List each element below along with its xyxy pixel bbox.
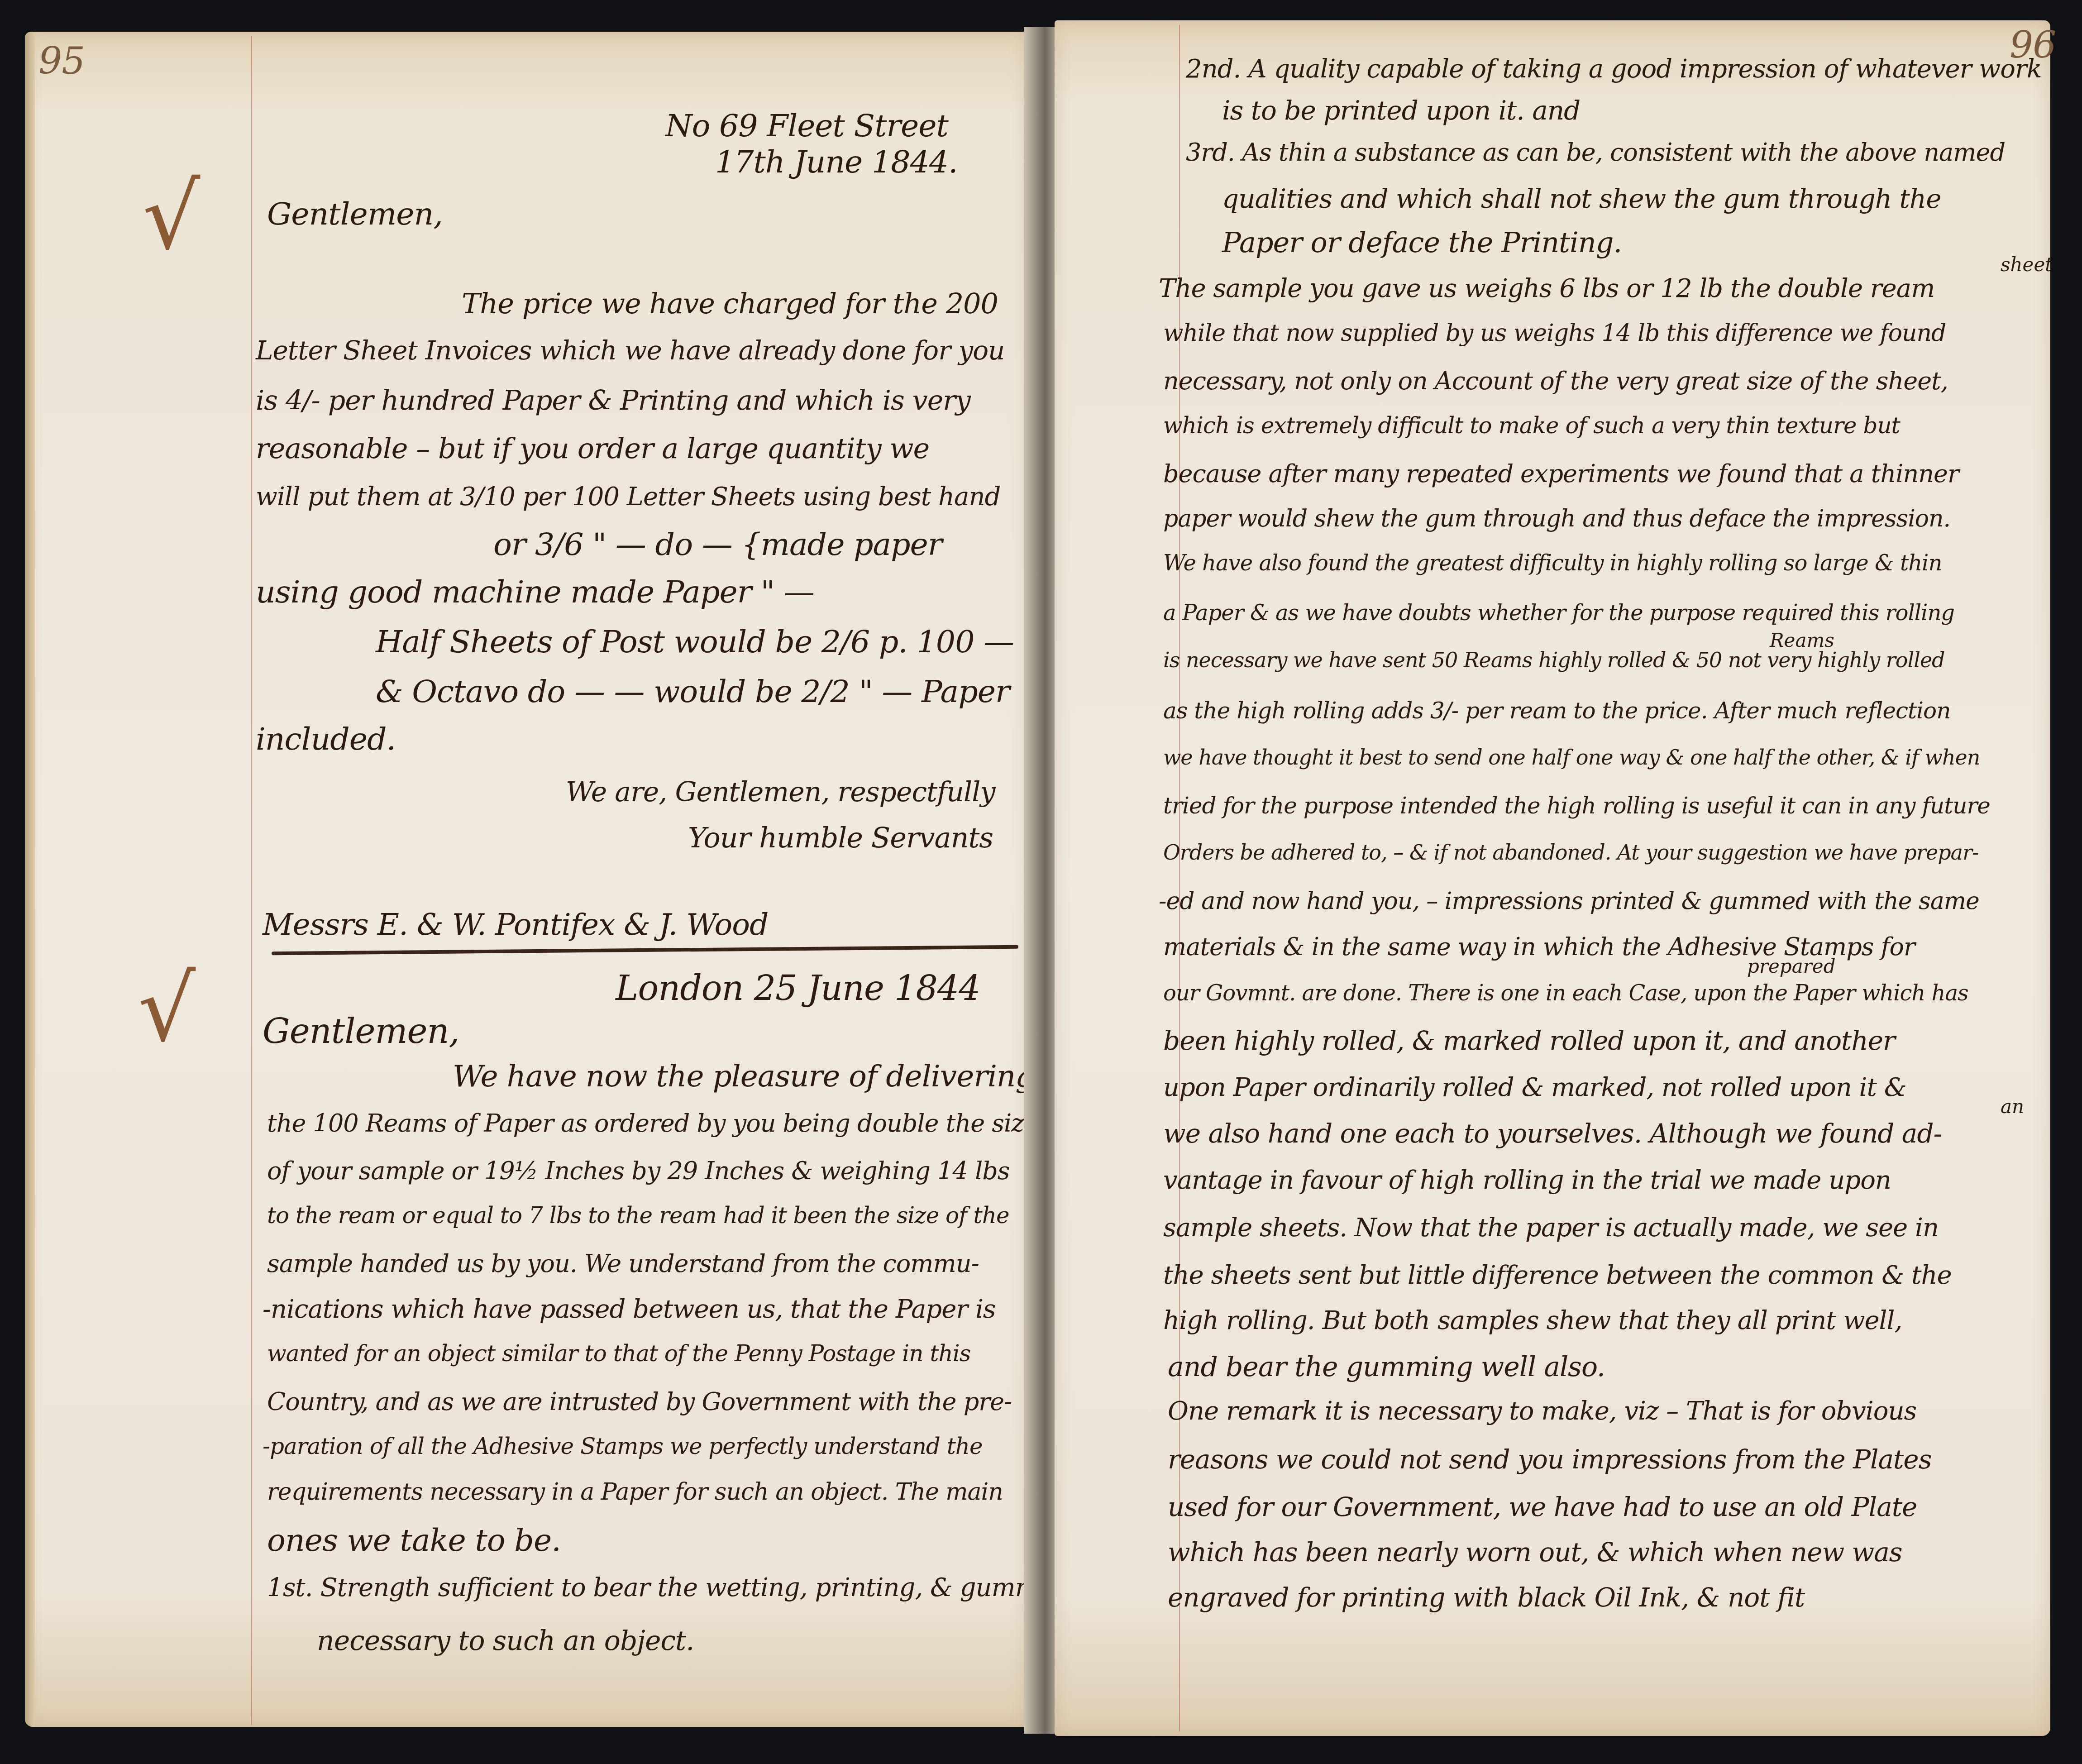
letter-1-address: No 69 Fleet Street bbox=[665, 111, 948, 142]
right-page-line: necessary, not only on Account of the ve… bbox=[1163, 369, 1948, 393]
right-page-line: sample sheets. Now that the paper is act… bbox=[1163, 1215, 1939, 1241]
letter-2-line: of your sample or 19½ Inches by 29 Inche… bbox=[267, 1159, 1010, 1183]
right-page-line: 3rd. As thin a substance as can be, cons… bbox=[1186, 140, 2005, 165]
letter-1-line: included. bbox=[256, 724, 396, 755]
letter-2-line: sample handed us by you. We understand f… bbox=[267, 1252, 979, 1276]
left-page-edge bbox=[25, 32, 35, 1727]
right-page-line: -ed and now hand you, – impressions prin… bbox=[1159, 889, 1979, 913]
letter-2-salutation: Gentlemen, bbox=[263, 1014, 459, 1048]
right-page-line: which has been nearly worn out, & which … bbox=[1168, 1539, 1902, 1565]
letter-1-line: Half Sheets of Post would be 2/6 p. 100 … bbox=[376, 627, 1014, 658]
right-page-line: and bear the gumming well also. bbox=[1168, 1353, 1605, 1381]
right-page-line: we also hand one each to yourselves. Alt… bbox=[1163, 1120, 1942, 1147]
right-page-line: paper would shew the gum through and thu… bbox=[1163, 507, 1950, 531]
letter-2-line: to the ream or equal to 7 lbs to the rea… bbox=[267, 1204, 1009, 1227]
letter-1-closing: Your humble Servants bbox=[688, 824, 993, 852]
check-mark-icon: √ bbox=[138, 964, 195, 1055]
letter-2-date: London 25 June 1844 bbox=[616, 971, 980, 1005]
right-page-line: The sample you gave us weighs 6 lbs or 1… bbox=[1159, 276, 1934, 301]
right-page-line: tried for the purpose intended the high … bbox=[1163, 794, 1990, 817]
letter-1-salutation: Gentlemen, bbox=[267, 199, 443, 230]
right-page-line: been highly rolled, & marked rolled upon… bbox=[1163, 1028, 1895, 1054]
letter-1-line: using good machine made Paper " — bbox=[256, 577, 814, 608]
insertion-note: an bbox=[2001, 1095, 2024, 1118]
right-page-line: engraved for printing with black Oil Ink… bbox=[1168, 1584, 1805, 1611]
letter-2-line: 1st. Strength sufficient to bear the wet… bbox=[267, 1575, 1078, 1601]
letter-1-date: 17th June 1844. bbox=[715, 147, 958, 178]
letter-2-line: necessary to such an object. bbox=[317, 1627, 694, 1654]
right-page-line: Paper or deface the Printing. bbox=[1222, 229, 1622, 257]
letter-2-line: wanted for an object similar to that of … bbox=[267, 1342, 970, 1365]
right-page-line: 2nd. A quality capable of taking a good … bbox=[1186, 57, 2042, 82]
right-page-line: we have thought it best to send one half… bbox=[1163, 747, 1980, 768]
letter-1-line: is 4/- per hundred Paper & Printing and … bbox=[256, 387, 970, 414]
right-page-line: qualities and which shall not shew the g… bbox=[1222, 186, 1941, 212]
right-page-line: used for our Government, we have had to … bbox=[1168, 1494, 1917, 1520]
right-page-line: One remark it is necessary to make, viz … bbox=[1168, 1399, 1916, 1424]
right-page-line: a Paper & as we have doubts whether for … bbox=[1163, 602, 1954, 624]
right-page-line: as the high rolling adds 3/- per ream to… bbox=[1163, 699, 1950, 722]
insertion-note: sheet bbox=[2001, 253, 2053, 276]
right-page-line: upon Paper ordinarily rolled & marked, n… bbox=[1163, 1075, 1906, 1100]
letter-2-line: requirements necessary in a Paper for su… bbox=[267, 1480, 1003, 1504]
letter-1-line: Letter Sheet Invoices which we have alre… bbox=[256, 337, 1004, 363]
letter-1-line: reasonable – but if you order a large qu… bbox=[256, 435, 929, 463]
book-gutter bbox=[1024, 27, 1059, 1734]
letter-2-line: Country, and as we are intrusted by Gove… bbox=[267, 1390, 1012, 1414]
letter-1-line: & Octavo do — — would be 2/2 " — Paper bbox=[376, 677, 1009, 708]
right-page-line: because after many repeated experiments … bbox=[1163, 462, 1959, 486]
page-number-left: 95 bbox=[38, 43, 85, 80]
letter-1-closing: We are, Gentlemen, respectfully bbox=[566, 779, 995, 806]
right-page-line: Orders be adhered to, – & if not abandon… bbox=[1163, 842, 1979, 863]
right-page-line: is to be printed upon it. and bbox=[1222, 97, 1580, 124]
check-mark-icon: √ bbox=[143, 172, 200, 263]
right-page-line: the sheets sent but little difference be… bbox=[1163, 1263, 1952, 1288]
letter-1-line: or 3/6 " — do — {made paper bbox=[493, 530, 942, 560]
left-page bbox=[25, 32, 1027, 1727]
right-page-line: reasons we could not send you impression… bbox=[1168, 1446, 1931, 1472]
right-page-line: our Govmnt. are done. There is one in ea… bbox=[1163, 982, 1968, 1004]
right-page-line: vantage in favour of high rolling in the… bbox=[1163, 1168, 1891, 1193]
right-page-line: is necessary we have sent 50 Reams highl… bbox=[1163, 650, 1945, 670]
letter-1-line: will put them at 3/10 per 100 Letter She… bbox=[256, 484, 1000, 510]
letter-1-addressee: Messrs E. & W. Pontifex & J. Wood bbox=[263, 910, 768, 940]
right-page-line: We have also found the greatest difficul… bbox=[1163, 552, 1942, 574]
letter-2-line: -nications which have passed between us,… bbox=[263, 1297, 996, 1322]
right-page-line: while that now supplied by us weighs 14 … bbox=[1163, 321, 1946, 345]
right-page-line: high rolling. But both samples shew that… bbox=[1163, 1308, 1902, 1334]
letter-2-line: ones we take to be. bbox=[267, 1525, 561, 1556]
letter-1-line: The price we have charged for the 200 bbox=[462, 290, 998, 318]
left-margin-rule bbox=[251, 36, 252, 1725]
letter-2-line: We have now the pleasure of delivering bbox=[453, 1061, 1034, 1091]
right-page-line: which is extremely difficult to make of … bbox=[1163, 414, 1900, 437]
letter-2-line: the 100 Reams of Paper as ordered by you… bbox=[267, 1111, 1038, 1136]
letter-2-line: -paration of all the Adhesive Stamps we … bbox=[263, 1435, 983, 1458]
insertion-note: prepared bbox=[1747, 955, 1836, 977]
